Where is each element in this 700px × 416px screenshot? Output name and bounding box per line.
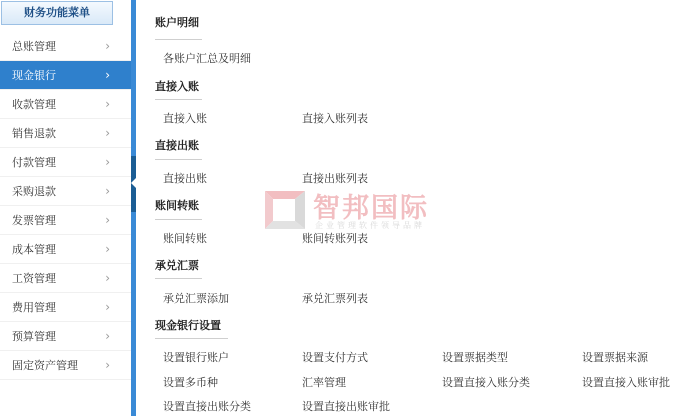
sidebar-item-label: 发票管理	[12, 212, 56, 228]
sidebar-item-label: 收款管理	[12, 96, 56, 112]
sidebar-item-cost[interactable]: 成本管理›	[0, 235, 132, 264]
link-set-income-category[interactable]: 设置直接入账分类	[442, 374, 530, 390]
watermark-logo-icon	[265, 191, 305, 229]
sidebar-item-payroll[interactable]: 工资管理›	[0, 264, 132, 293]
sidebar-item-label: 采购退款	[12, 183, 56, 199]
link-set-income-approval[interactable]: 设置直接入账审批	[582, 374, 670, 390]
link-account-summary[interactable]: 各账户汇总及明细	[163, 50, 251, 66]
sidebar-item-label: 销售退款	[12, 125, 56, 141]
chevron-right-icon: ›	[105, 271, 110, 285]
watermark-subtitle: 企业管理软件领导品牌	[315, 220, 425, 231]
chevron-right-icon: ›	[105, 39, 110, 53]
sidebar-item-label: 总账管理	[12, 38, 56, 54]
link-transfer[interactable]: 账间转账	[163, 230, 207, 246]
sidebar-item-expenses[interactable]: 费用管理›	[0, 293, 132, 322]
link-direct-income-list[interactable]: 直接入账列表	[302, 110, 368, 126]
link-exchange-rate[interactable]: 汇率管理	[302, 374, 346, 390]
link-set-expense-category[interactable]: 设置直接出账分类	[163, 398, 251, 414]
divider	[155, 278, 202, 279]
sidebar-item-general-ledger[interactable]: 总账管理›	[0, 32, 132, 61]
sidebar: 财务功能菜单 总账管理› 现金银行› 收款管理› 销售退款› 付款管理› 采购退…	[0, 0, 132, 416]
sidebar-item-label: 预算管理	[12, 328, 56, 344]
chevron-right-icon: ›	[105, 242, 110, 256]
link-direct-income[interactable]: 直接入账	[163, 110, 207, 126]
sidebar-item-label: 现金银行	[12, 67, 56, 83]
link-set-bank-account[interactable]: 设置银行账户	[163, 349, 229, 365]
sidebar-item-budget[interactable]: 预算管理›	[0, 322, 132, 351]
chevron-right-icon: ›	[105, 300, 110, 314]
link-set-currencies[interactable]: 设置多币种	[163, 374, 218, 390]
section-title-transfer: 账间转账	[155, 197, 199, 213]
chevron-right-icon: ›	[105, 358, 110, 372]
chevron-right-icon: ›	[105, 184, 110, 198]
sidebar-item-label: 付款管理	[12, 154, 56, 170]
divider	[155, 338, 228, 339]
divider	[155, 39, 202, 40]
menu-list: 总账管理› 现金银行› 收款管理› 销售退款› 付款管理› 采购退款› 发票管理…	[0, 32, 132, 380]
link-set-expense-approval[interactable]: 设置直接出账审批	[302, 398, 390, 414]
divider	[155, 159, 202, 160]
sidebar-item-label: 费用管理	[12, 299, 56, 315]
app: 财务功能菜单 总账管理› 现金银行› 收款管理› 销售退款› 付款管理› 采购退…	[0, 0, 700, 416]
chevron-right-icon: ›	[105, 155, 110, 169]
sidebar-item-cash-bank[interactable]: 现金银行›	[0, 61, 132, 90]
section-title-direct-expense: 直接出账	[155, 137, 199, 153]
menu-title: 财务功能菜单	[1, 1, 113, 25]
section-title-account-details: 账户明细	[155, 14, 199, 30]
chevron-right-icon: ›	[105, 68, 110, 82]
section-title-direct-income: 直接入账	[155, 78, 199, 94]
link-direct-expense-list[interactable]: 直接出账列表	[302, 170, 368, 186]
link-acceptance-bill-list[interactable]: 承兑汇票列表	[302, 290, 368, 306]
sidebar-item-label: 固定资产管理	[12, 357, 78, 373]
chevron-right-icon: ›	[105, 97, 110, 111]
divider	[155, 99, 202, 100]
sidebar-item-receivables[interactable]: 收款管理›	[0, 90, 132, 119]
chevron-right-icon: ›	[105, 329, 110, 343]
link-acceptance-bill-add[interactable]: 承兑汇票添加	[163, 290, 229, 306]
sidebar-item-fixed-assets[interactable]: 固定资产管理›	[0, 351, 132, 380]
divider	[155, 219, 202, 220]
watermark: 智邦国际 企业管理软件领导品牌	[265, 188, 440, 236]
link-direct-expense[interactable]: 直接出账	[163, 170, 207, 186]
link-set-bill-source[interactable]: 设置票据来源	[582, 349, 648, 365]
sidebar-item-payables[interactable]: 付款管理›	[0, 148, 132, 177]
sidebar-item-label: 工资管理	[12, 270, 56, 286]
sidebar-item-purchase-refund[interactable]: 采购退款›	[0, 177, 132, 206]
chevron-right-icon: ›	[105, 126, 110, 140]
link-set-bill-type[interactable]: 设置票据类型	[442, 349, 508, 365]
sidebar-item-sales-refund[interactable]: 销售退款›	[0, 119, 132, 148]
link-set-payment-method[interactable]: 设置支付方式	[302, 349, 368, 365]
chevron-right-icon: ›	[105, 213, 110, 227]
sidebar-item-invoices[interactable]: 发票管理›	[0, 206, 132, 235]
sidebar-item-label: 成本管理	[12, 241, 56, 257]
section-title-cash-bank-settings: 现金银行设置	[155, 317, 221, 333]
section-title-acceptance-bill: 承兑汇票	[155, 257, 199, 273]
